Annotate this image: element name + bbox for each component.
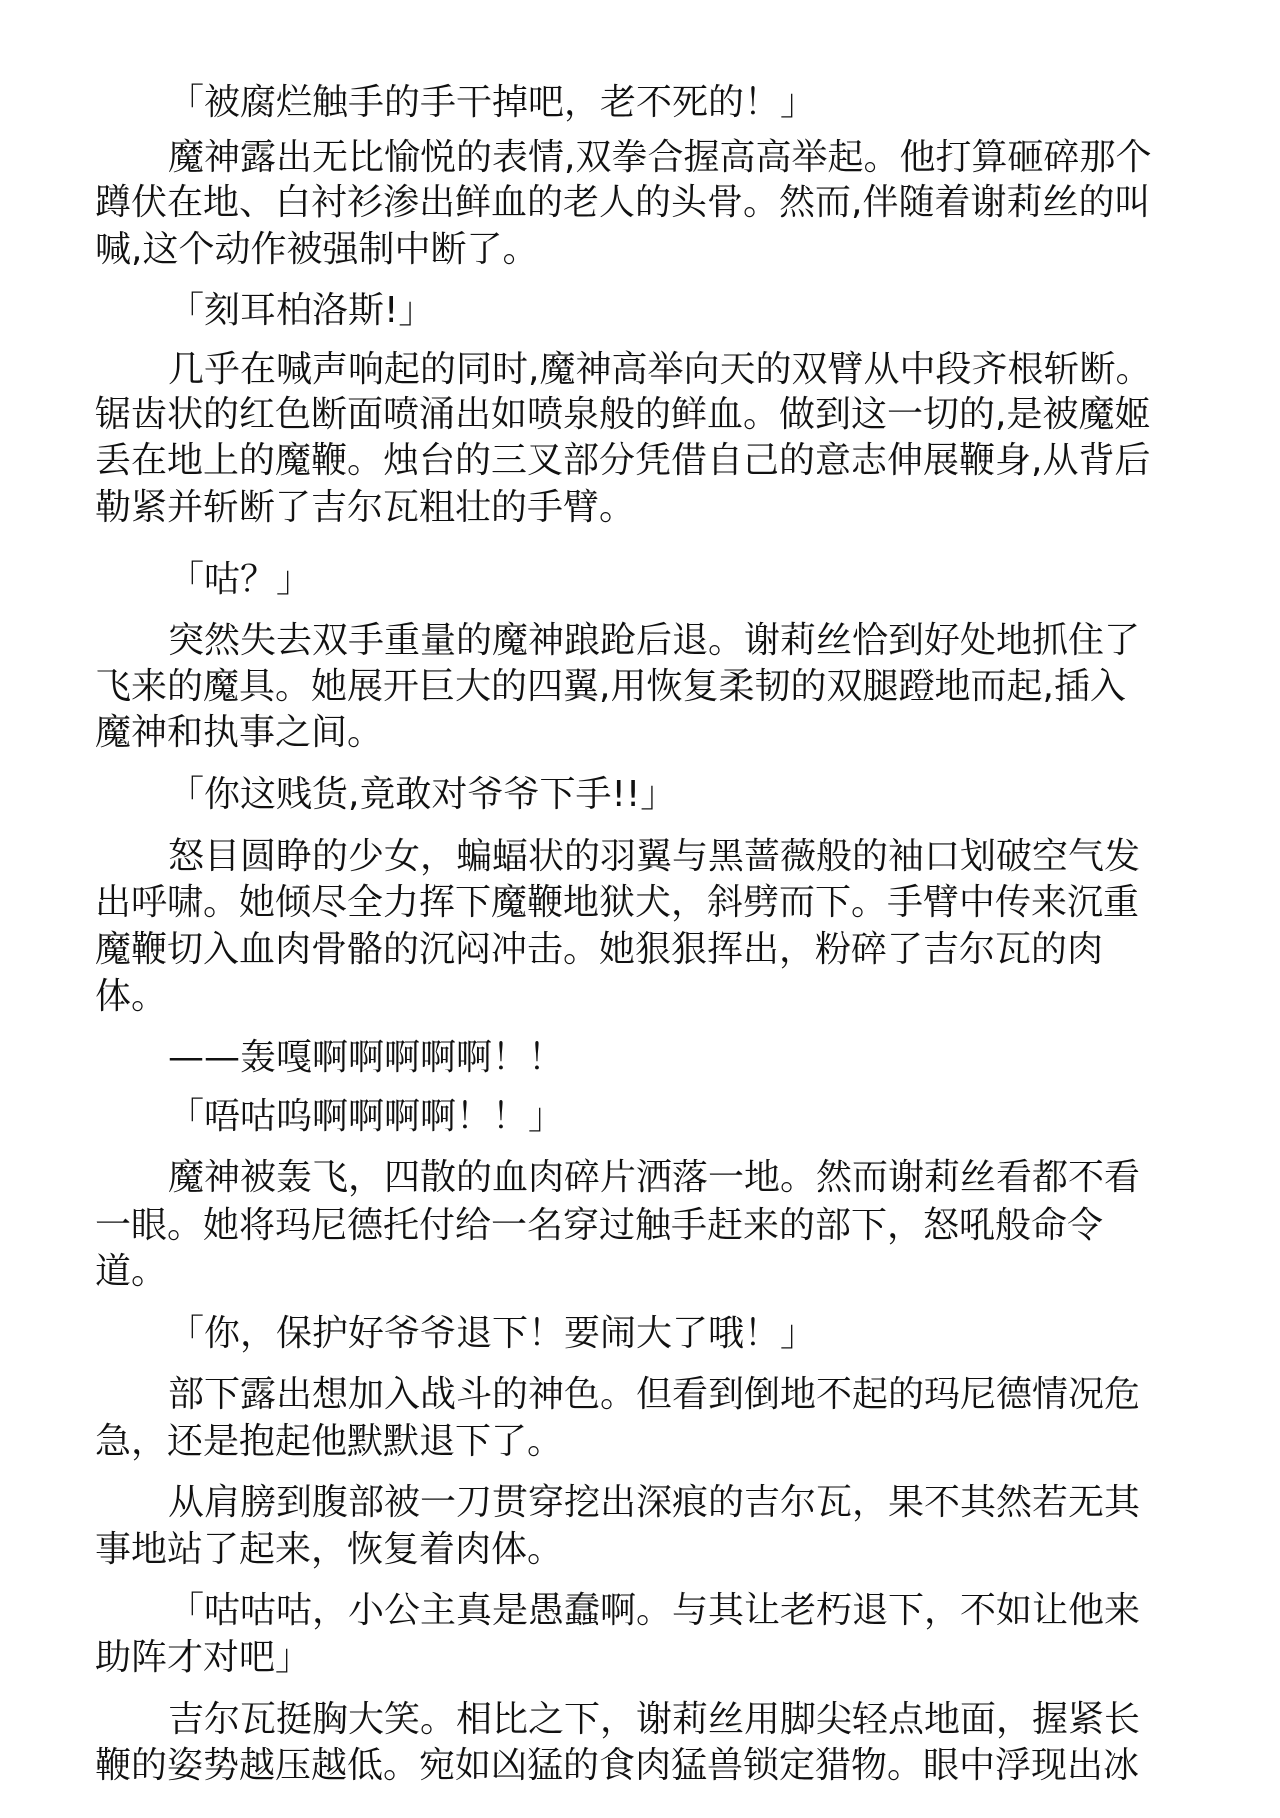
dialogue-line: 「被腐烂触手的手干掉吧，老不死的！」 [168,80,1268,126]
narration-line: 魔神和执事之间。 [95,710,1195,756]
narration-line: 鞭的姿势越压越低。宛如凶猛的食肉猛兽锁定猎物。眼中浮现出冰 [95,1743,1195,1789]
dialogue-line: 助阵才对吧」 [95,1635,1195,1681]
narration-line: 锯齿状的红色断面喷涌出如喷泉般的鲜血。做到这一切的,是被魔姬 [95,392,1195,438]
narration-line: 勒紧并斩断了吉尔瓦粗壮的手臂。 [95,485,1195,531]
narration-line: 道。 [95,1249,1195,1295]
narration-line: 魔鞭切入血肉骨骼的沉闷冲击。她狠狠挥出，粉碎了吉尔瓦的肉 [95,927,1195,973]
narration-line: 飞来的魔具。她展开巨大的四翼,用恢复柔韧的双腿蹬地而起,插入 [95,664,1195,710]
narration-line: 一眼。她将玛尼德托付给一名穿过触手赶来的部下，怒吼般命令 [95,1203,1195,1249]
dialogue-line: 「你，保护好爷爷退下！要闹大了哦！」 [168,1311,1268,1357]
narration-line: 魔神被轰飞，四散的血肉碎片洒落一地。然而谢莉丝看都不看 [168,1155,1268,1201]
narration-line: 怒目圆睁的少女，蝙蝠状的羽翼与黑蔷薇般的袖口划破空气发 [168,834,1268,880]
narration-line: 部下露出想加入战斗的神色。但看到倒地不起的玛尼德情况危 [168,1372,1268,1418]
dialogue-line: 「咕咕咕，小公主真是愚蠢啊。与其让老朽退下，不如让他来 [168,1588,1268,1634]
narration-line: 蹲伏在地、白衬衫渗出鲜血的老人的头骨。然而,伴随着谢莉丝的叫 [95,180,1195,226]
narration-line: 急，还是抱起他默默退下了。 [95,1419,1195,1465]
narration-line: 吉尔瓦挺胸大笑。相比之下，谢莉丝用脚尖轻点地面，握紧长 [168,1697,1268,1743]
dialogue-line: 「咕？」 [168,557,1268,603]
narration-line: 事地站了起来，恢复着肉体。 [95,1527,1195,1573]
narration-line: 几乎在喊声响起的同时,魔神高举向天的双臂从中段齐根斩断。 [168,347,1268,393]
dialogue-line: 「唔咕呜啊啊啊啊！！」 [168,1094,1268,1140]
dialogue-line: 「刻耳柏洛斯!」 [168,288,1268,334]
narration-line: 魔神露出无比愉悦的表情,双拳合握高高举起。他打算砸碎那个 [168,135,1268,181]
narration-line: 从肩膀到腹部被一刀贯穿挖出深痕的吉尔瓦，果不其然若无其 [168,1480,1268,1526]
dialogue-line: 「你这贱货,竟敢对爷爷下手!!」 [168,772,1268,818]
narration-line: 体。 [95,974,1195,1020]
narration-line: 出呼啸。她倾尽全力挥下魔鞭地狱犬，斜劈而下。手臂中传来沉重 [95,880,1195,926]
narration-line: 突然失去双手重量的魔神踉跄后退。谢莉丝恰到好处地抓住了 [168,618,1268,664]
sound-effect-line: ——轰嘎啊啊啊啊啊！！ [168,1035,1268,1081]
document-page: 「被腐烂触手的手干掉吧，老不死的！」 魔神露出无比愉悦的表情,双拳合握高高举起。… [0,0,1280,1818]
narration-line: 丢在地上的魔鞭。烛台的三叉部分凭借自己的意志伸展鞭身,从背后 [95,438,1195,484]
narration-line: 喊,这个动作被强制中断了。 [95,227,1195,273]
